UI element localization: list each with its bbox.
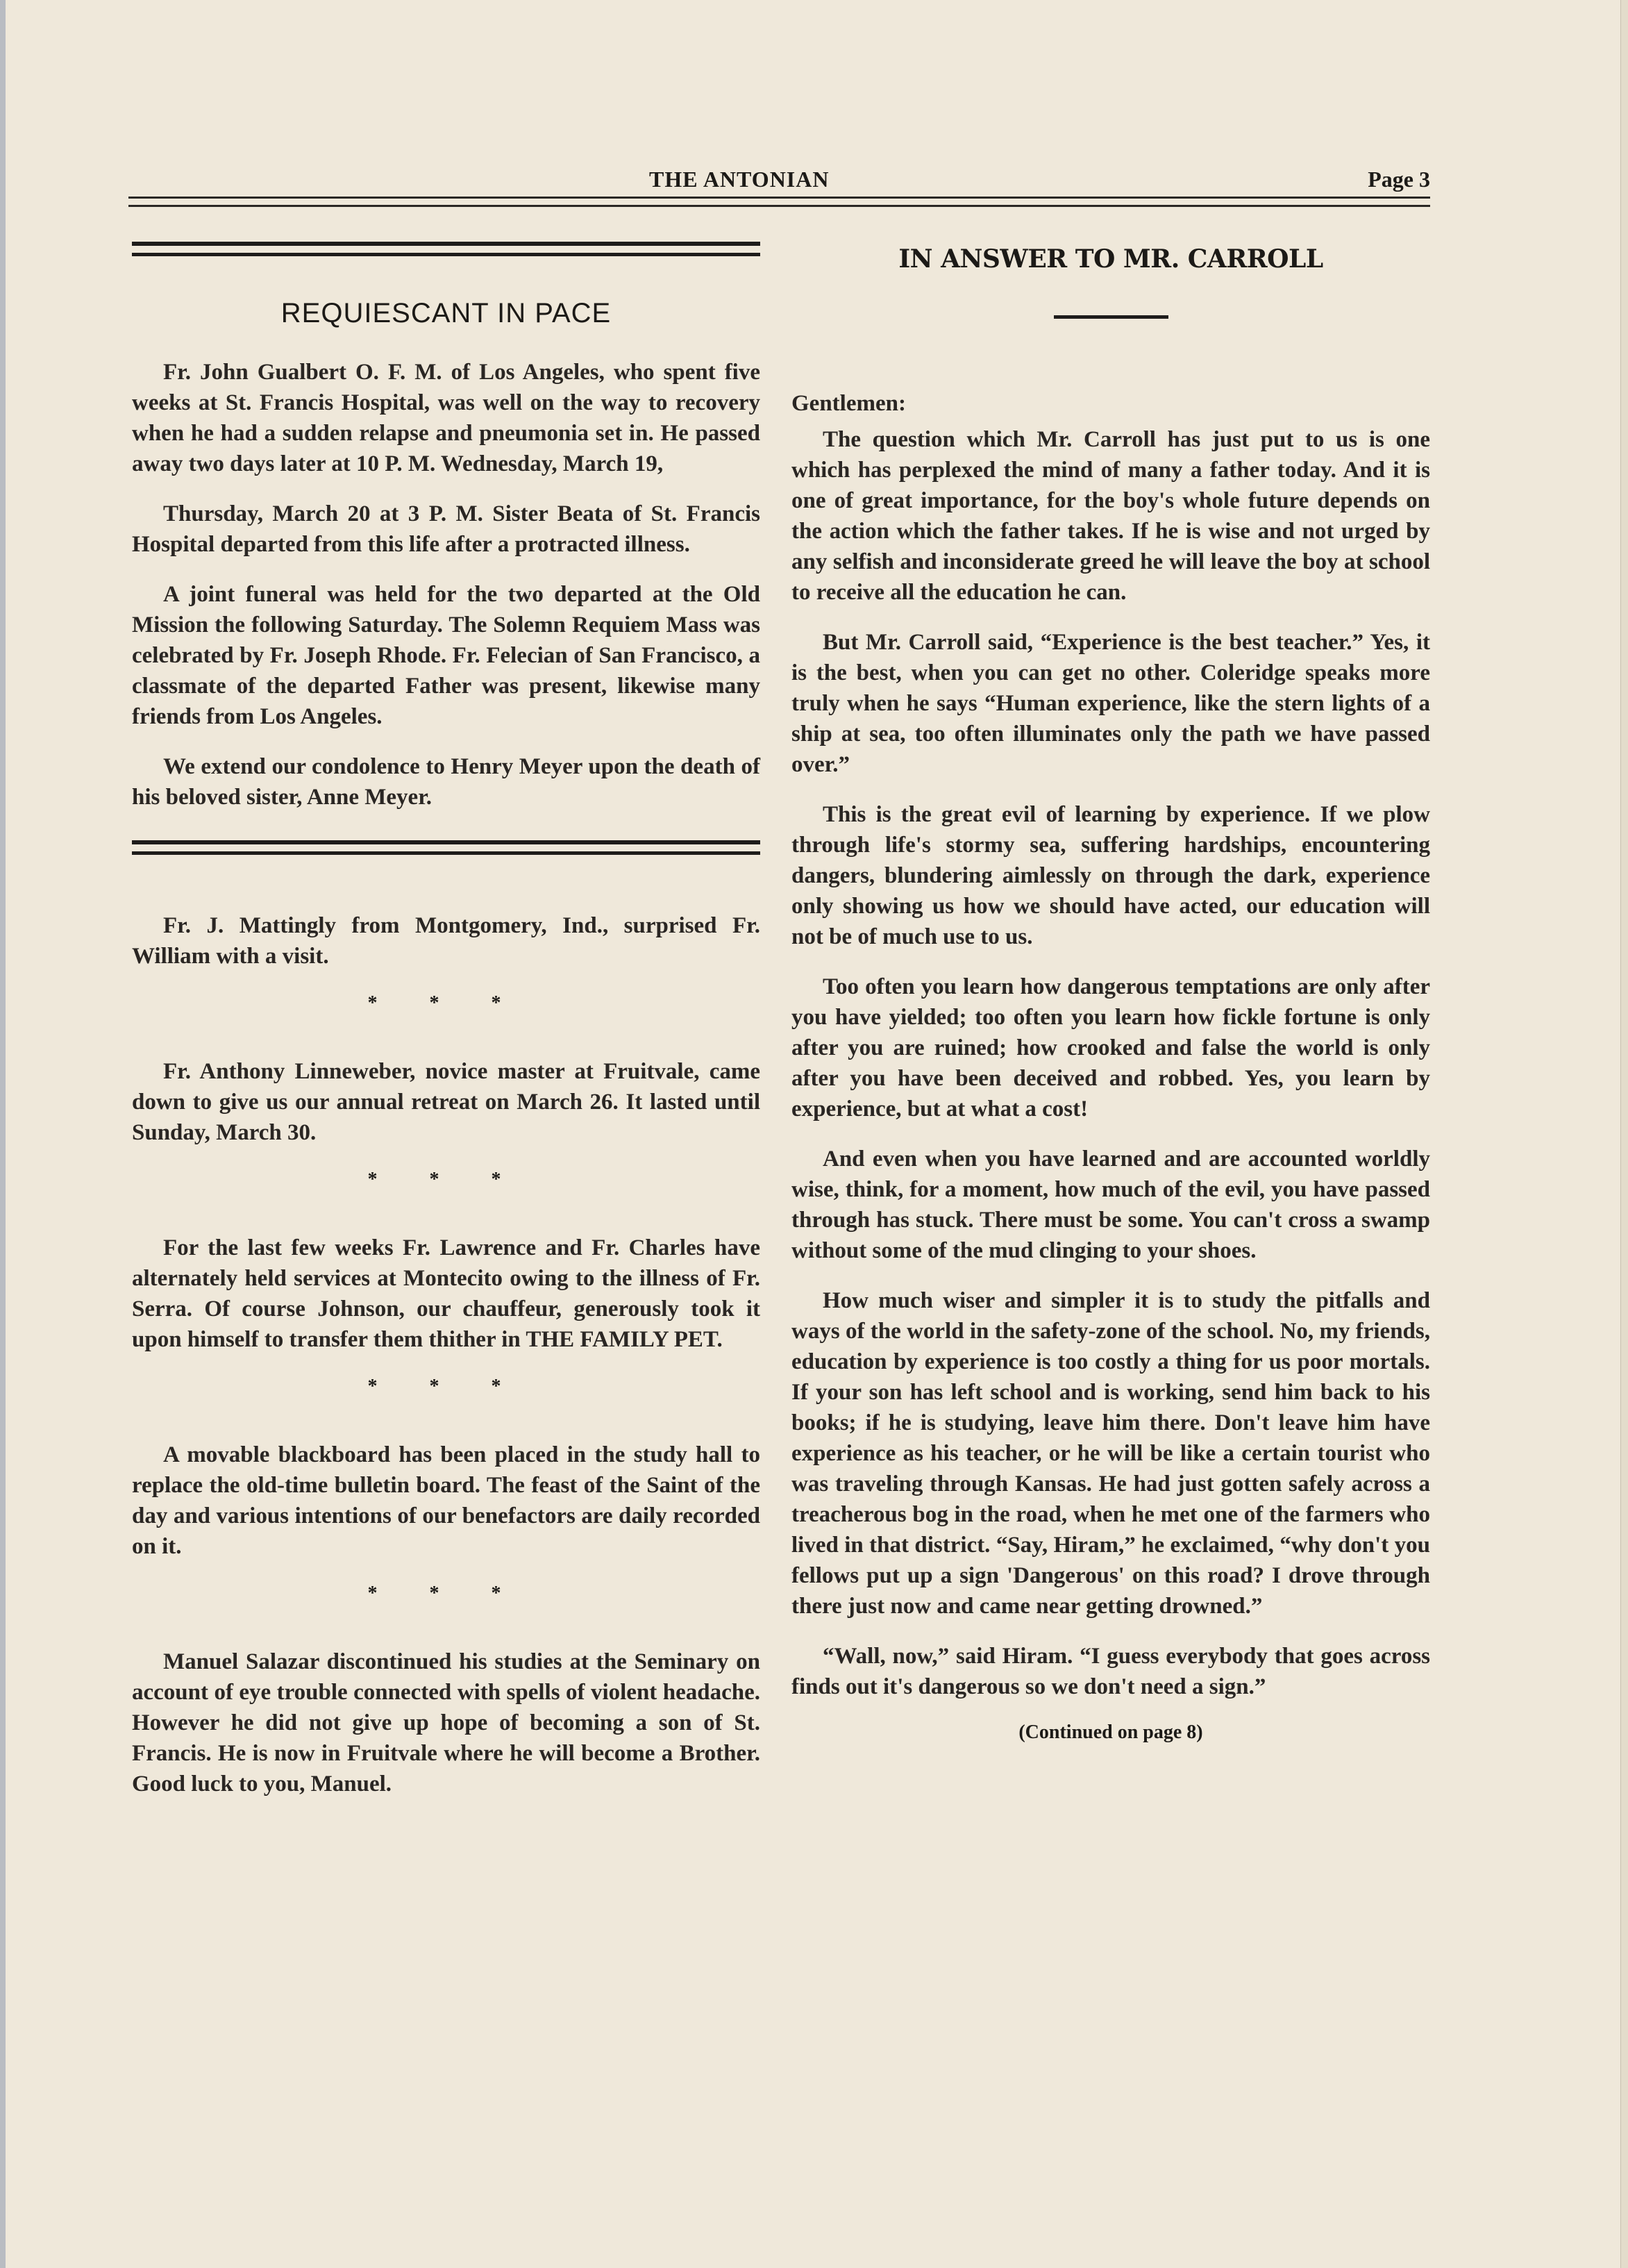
asterism-separator: * * * <box>132 992 760 1015</box>
asterism-separator: * * * <box>132 1376 760 1398</box>
section-divider <box>132 242 760 256</box>
news-note: For the last few weeks Fr. Lawrence and … <box>132 1233 760 1355</box>
asterism-separator: * * * <box>132 1583 760 1605</box>
article-title: IN ANSWER TO MR. CARROLL <box>791 244 1430 274</box>
page-number: Page 3 <box>1368 167 1430 192</box>
article-paragraph: But Mr. Carroll said, “Experience is the… <box>791 627 1430 780</box>
obituary-paragraph: We extend our condolence to Henry Meyer … <box>132 751 760 812</box>
article-paragraph: The question which Mr. Carroll has just … <box>791 424 1430 608</box>
right-column: IN ANSWER TO MR. CARROLL Gentlemen: The … <box>791 229 1430 1744</box>
obituary-paragraph: Thursday, March 20 at 3 P. M. Sister Bea… <box>132 499 760 560</box>
header-double-rule <box>128 197 1430 207</box>
obituary-paragraph: A joint funeral was held for the two dep… <box>132 579 760 732</box>
continuation-note: (Continued on page 8) <box>791 1721 1430 1744</box>
news-note: A movable blackboard has been placed in … <box>132 1440 760 1562</box>
newsletter-page: THE ANTONIAN Page 3 REQUIESCANT IN PACE … <box>0 0 1628 2268</box>
left-column: REQUIESCANT IN PACE Fr. John Gualbert O.… <box>132 229 760 1819</box>
news-note: Fr. Anthony Linneweber, novice master at… <box>132 1056 760 1148</box>
article-paragraph: “Wall, now,” said Hiram. “I guess everyb… <box>791 1641 1430 1702</box>
article-paragraph: Too often you learn how dangerous tempta… <box>791 972 1430 1124</box>
section-divider <box>132 840 760 855</box>
news-note: Manuel Salazar discontinued his studies … <box>132 1646 760 1799</box>
article-paragraph: This is the great evil of learning by ex… <box>791 799 1430 952</box>
salutation: Gentlemen: <box>791 388 1430 419</box>
article-paragraph: And even when you have learned and are a… <box>791 1144 1430 1266</box>
running-header: THE ANTONIAN Page 3 <box>128 167 1430 194</box>
asterism-separator: * * * <box>132 1169 760 1191</box>
scan-edge-right <box>1620 0 1628 2268</box>
scan-edge-left <box>0 0 6 2268</box>
obituary-paragraph: Fr. John Gualbert O. F. M. of Los Angele… <box>132 357 760 479</box>
news-note: Fr. J. Mattingly from Montgomery, Ind., … <box>132 910 760 972</box>
article-paragraph: How much wiser and simpler it is to stud… <box>791 1285 1430 1621</box>
obituary-title: REQUIESCANT IN PACE <box>132 298 760 329</box>
publication-title: THE ANTONIAN <box>649 167 829 192</box>
title-underline <box>1054 315 1168 319</box>
